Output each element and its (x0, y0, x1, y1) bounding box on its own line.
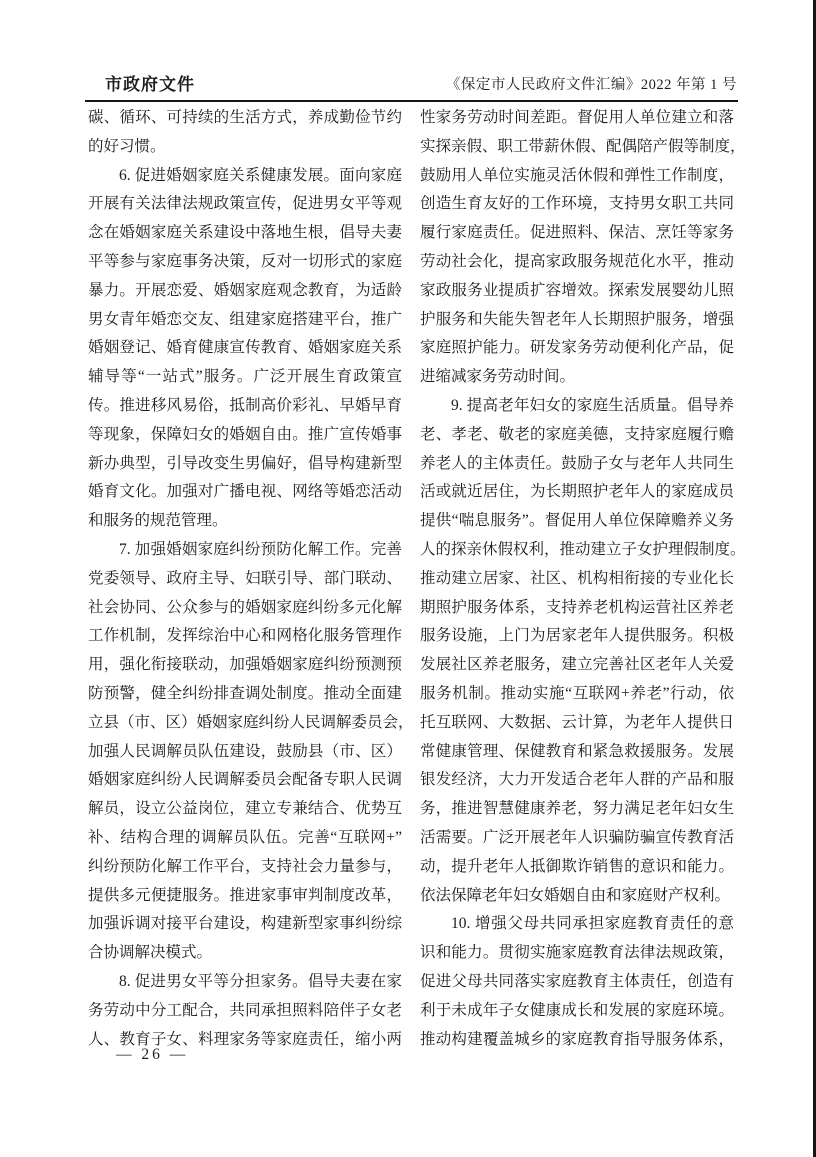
text-line: 党委领导、政府主导、妇联引导、部门联动、 (88, 565, 402, 594)
text-line: 银发经济，大力开发适合老年人群的产品和服 (420, 766, 734, 795)
text-line: 解员，设立公益岗位，建立专兼结合、优势互 (88, 795, 402, 824)
text-line: 传。推进移风易俗，抵制高价彩礼、早婚早育 (88, 392, 402, 421)
text-line: 性家务劳动时间差距。督促用人单位建立和落 (420, 104, 734, 133)
text-line: 动，提升老年人抵御欺诈销售的意识和能力。 (420, 853, 734, 882)
text-line: 托互联网、大数据、云计算，为老年人提供日 (420, 709, 734, 738)
text-line: 6. 促进婚姻家庭关系健康发展。面向家庭 (88, 162, 402, 191)
text-line: 工作机制，发挥综治中心和网格化服务管理作 (88, 622, 402, 651)
text-line: 促进父母共同落实家庭教育主体责任，创造有 (420, 968, 734, 997)
text-line: 提供多元便捷服务。推进家事审判制度改革， (88, 882, 402, 911)
text-line: 鼓励用人单位实施灵活休假和弹性工作制度， (420, 162, 734, 191)
text-line: 发展社区养老服务，建立完善社区老年人关爱 (420, 651, 734, 680)
text-line: 履行家庭责任。促进照料、保洁、烹饪等家务 (420, 219, 734, 248)
text-line: 加强人民调解员队伍建设，鼓励县（市、区） (88, 738, 402, 767)
text-line: 加强诉调对接平台建设，构建新型家事纠纷综 (88, 910, 402, 939)
text-line: 社会协同、公众参与的婚姻家庭纠纷多元化解 (88, 594, 402, 623)
text-line: 9. 提高老年妇女的家庭生活质量。倡导养 (420, 392, 734, 421)
text-line: 活需要。广泛开展老年人识骗防骗宣传教育活 (420, 824, 734, 853)
text-line: 实探亲假、职工带薪休假、配偶陪产假等制度， (420, 133, 734, 162)
text-line: 进缩减家务劳动时间。 (420, 363, 734, 392)
text-line: 活或就近居住，为长期照护老年人的家庭成员 (420, 478, 734, 507)
text-line: 纠纷预防化解工作平台，支持社会力量参与， (88, 853, 402, 882)
column-left: 碳、循环、可持续的生活方式，养成勤俭节约的好习惯。6. 促进婚姻家庭关系健康发展… (88, 104, 402, 1054)
text-line: 服务设施，上门为居家老年人提供服务。积极 (420, 622, 734, 651)
text-line: 10. 增强父母共同承担家庭教育责任的意 (420, 910, 734, 939)
text-line: 依法保障老年妇女婚姻自由和家庭财产权利。 (420, 882, 734, 911)
text-line: 婚姻登记、婚育健康宣传教育、婚姻家庭关系 (88, 334, 402, 363)
text-line: 防预警，健全纠纷排查调处制度。推动全面建 (88, 680, 402, 709)
text-line: 人的探亲休假权利，推动建立子女护理假制度。 (420, 536, 734, 565)
text-line: 婚育文化。加强对广播电视、网络等婚恋活动 (88, 478, 402, 507)
text-line: 常健康管理、保健教育和紧急救援服务。发展 (420, 738, 734, 767)
text-line: 和服务的规范管理。 (88, 507, 402, 536)
text-line: 推动构建覆盖城乡的家庭教育指导服务体系， (420, 1026, 734, 1055)
text-line: 男女青年婚恋交友、组建家庭搭建平台，推广 (88, 306, 402, 335)
text-line: 提供“喘息服务”。督促用人单位保障赡养义务 (420, 507, 734, 536)
text-line: 婚姻家庭纠纷人民调解委员会配备专职人民调 (88, 766, 402, 795)
text-line: 服务机制。推动实施“互联网+养老”行动，依 (420, 680, 734, 709)
page-number: — 26 — (116, 1046, 188, 1064)
text-line: 期照护服务体系，支持养老机构运营社区养老 (420, 594, 734, 623)
text-line: 念在婚姻家庭关系建设中落地生根，倡导夫妻 (88, 219, 402, 248)
text-line: 等现象，保障妇女的婚姻自由。推广宣传婚事 (88, 421, 402, 450)
document-body: 碳、循环、可持续的生活方式，养成勤俭节约的好习惯。6. 促进婚姻家庭关系健康发展… (88, 104, 734, 1054)
page-header: 市政府文件 《保定市人民政府文件汇编》2022 年第 1 号 (85, 70, 737, 95)
compilation-source-label: 《保定市人民政府文件汇编》2022 年第 1 号 (446, 73, 737, 95)
text-line: 务，推进智慧健康养老，努力满足老年妇女生 (420, 795, 734, 824)
text-line: 护服务和失能失智老年人长期照护服务，增强 (420, 306, 734, 335)
text-line: 的好习惯。 (88, 133, 402, 162)
text-line: 劳动社会化，提高家政服务规范化水平，推动 (420, 248, 734, 277)
text-line: 识和能力。贯彻实施家庭教育法律法规政策， (420, 939, 734, 968)
text-line: 辅导等“一站式”服务。广泛开展生育政策宣 (88, 363, 402, 392)
text-line: 创造生育友好的工作环境，支持男女职工共同 (420, 190, 734, 219)
text-line: 平等参与家庭事务决策，反对一切形式的家庭 (88, 248, 402, 277)
text-line: 立县（市、区）婚姻家庭纠纷人民调解委员会， (88, 709, 402, 738)
text-line: 补、结构合理的调解员队伍。完善“互联网+” (88, 824, 402, 853)
column-right: 性家务劳动时间差距。督促用人单位建立和落实探亲假、职工带薪休假、配偶陪产假等制度… (420, 104, 734, 1054)
text-line: 合协调解决模式。 (88, 939, 402, 968)
text-line: 8. 促进男女平等分担家务。倡导夫妻在家 (88, 968, 402, 997)
text-line: 碳、循环、可持续的生活方式，养成勤俭节约 (88, 104, 402, 133)
text-line: 暴力。开展恋爱、婚姻家庭观念教育，为适龄 (88, 277, 402, 306)
doc-type-label: 市政府文件 (85, 70, 195, 95)
text-line: 开展有关法律法规政策宣传，促进男女平等观 (88, 190, 402, 219)
text-line: 家庭照护能力。研发家务劳动便利化产品，促 (420, 334, 734, 363)
text-line: 养老人的主体责任。鼓励子女与老年人共同生 (420, 450, 734, 479)
text-line: 7. 加强婚姻家庭纠纷预防化解工作。完善 (88, 536, 402, 565)
text-line: 新办典型，引导改变生男偏好，倡导构建新型 (88, 450, 402, 479)
text-line: 务劳动中分工配合，共同承担照料陪伴子女老 (88, 997, 402, 1026)
text-line: 家政服务业提质扩容增效。探索发展婴幼儿照 (420, 277, 734, 306)
text-line: 用，强化衔接联动，加强婚姻家庭纠纷预测预 (88, 651, 402, 680)
header-divider (85, 100, 738, 102)
text-line: 推动建立居家、社区、机构相衔接的专业化长 (420, 565, 734, 594)
text-line: 利于未成年子女健康成长和发展的家庭环境。 (420, 997, 734, 1026)
text-line: 老、孝老、敬老的家庭美德，支持家庭履行赡 (420, 421, 734, 450)
